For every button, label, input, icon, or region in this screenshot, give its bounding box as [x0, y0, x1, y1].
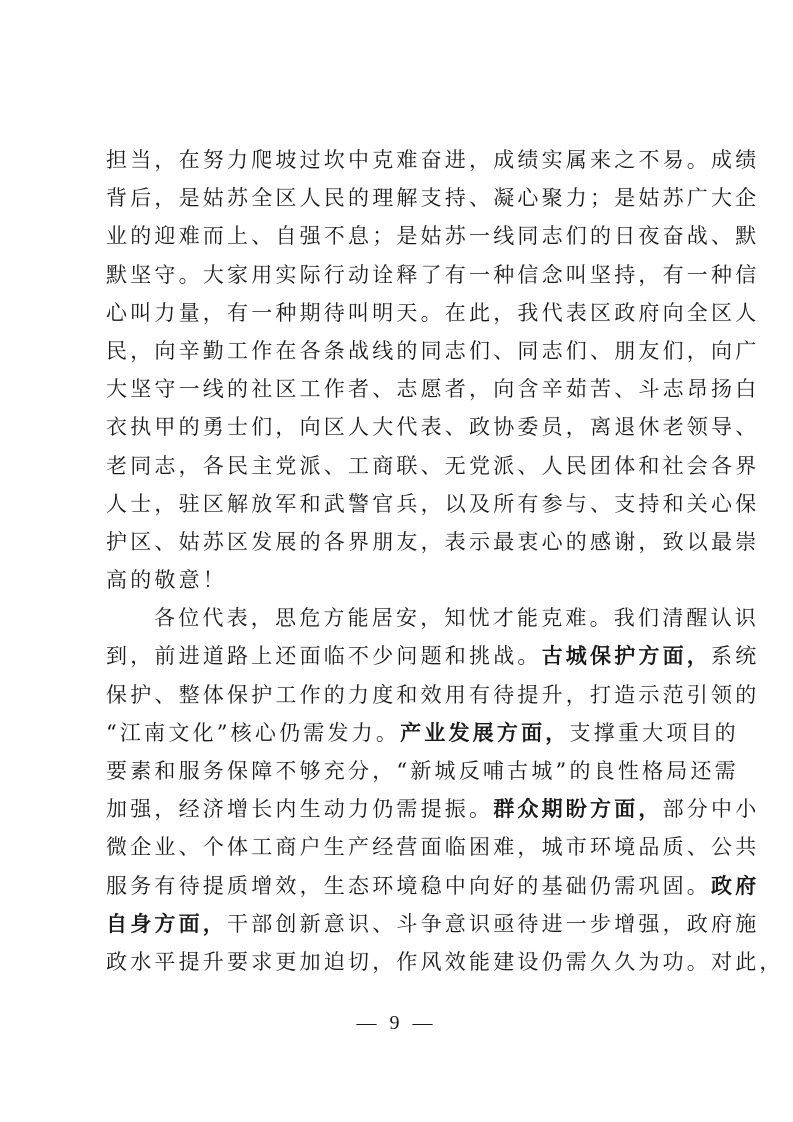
text-segment: 大坚守一线的社区工作者、志愿者，向含辛茹苦、斗志昂扬白	[106, 377, 759, 401]
text-line-19: 微企业、个体工商户生产经营面临困难，城市环境品质、公共	[106, 828, 690, 866]
text-line-12: 高的敬意！	[106, 561, 690, 599]
heading-industry-development: 产业发展方面，	[400, 721, 569, 745]
text-segment: 业的迎难而上、自强不息；是姑苏一线同志们的日夜奋战、默	[106, 224, 759, 248]
text-segment: 民，向辛勤工作在各条战线的同志们、同志们、朋友们，向广	[106, 339, 759, 363]
text-segment: 加强，经济增长内生动力仍需提振。	[106, 797, 493, 821]
heading-government-self-part1: 政府	[711, 874, 759, 898]
text-segment: 支撑重大项目的	[569, 721, 738, 745]
page-number: — 9 —	[0, 1012, 793, 1035]
text-segment: 干部创新意识、斗争意识亟待进一步增强，政府施	[227, 912, 759, 936]
text-segment: 担当，在努力爬坡过坎中克难奋进，成绩实属来之不易。成绩	[106, 148, 759, 172]
text-segment: 人士，驻区解放军和武警官兵，以及所有参与、支持和关心保	[106, 492, 759, 516]
text-line-3: 业的迎难而上、自强不息；是姑苏一线同志们的日夜奋战、默	[106, 217, 690, 255]
text-segment: 护区、姑苏区发展的各界朋友，表示最衷心的感谢，致以最崇	[106, 530, 759, 554]
text-line-1: 担当，在努力爬坡过坎中克难奋进，成绩实属来之不易。成绩	[106, 141, 690, 179]
text-line-21: 自身方面，干部创新意识、斗争意识亟待进一步增强，政府施	[106, 905, 690, 943]
heading-old-city-protection: 古城保护方面，	[542, 644, 711, 668]
text-line-2: 背后，是姑苏全区人民的理解支持、凝心聚力；是姑苏广大企	[106, 179, 690, 217]
heading-public-expectations: 群众期盼方面，	[493, 797, 662, 821]
text-segment: 部分中小	[663, 797, 760, 821]
text-segment: 高的敬意！	[106, 568, 227, 592]
text-line-18: 加强，经济增长内生动力仍需提振。群众期盼方面，部分中小	[106, 790, 690, 828]
text-segment: 微企业、个体工商户生产经营面临困难，城市环境品质、公共	[106, 835, 759, 859]
text-line-10: 人士，驻区解放军和武警官兵，以及所有参与、支持和关心保	[106, 485, 690, 523]
text-line-8: 衣执甲的勇士们，向区人大代表、政协委员，离退休老领导、	[106, 408, 690, 446]
text-segment: 服务有待提质增效，生态环境稳中向好的基础仍需巩固。	[106, 874, 711, 898]
text-line-17: 要素和服务保障不够充分，“新城反哺古城”的良性格局还需	[106, 752, 690, 790]
text-segment: 衣执甲的勇士们，向区人大代表、政协委员，离退休老领导、	[106, 415, 759, 439]
text-line-5: 心叫力量，有一种期待叫明天。在此，我代表区政府向全区人	[106, 294, 690, 332]
text-line-15: 保护、整体保护工作的力度和效用有待提升，打造示范引领的	[106, 676, 690, 714]
text-line-4: 默坚守。大家用实际行动诠释了有一种信念叫坚持，有一种信	[106, 256, 690, 294]
text-line-20: 服务有待提质增效，生态环境稳中向好的基础仍需巩固。政府	[106, 867, 690, 905]
text-segment: 背后，是姑苏全区人民的理解支持、凝心聚力；是姑苏广大企	[106, 186, 759, 210]
text-line-16: “江南文化”核心仍需发力。产业发展方面，支撑重大项目的	[106, 714, 690, 752]
text-line-9: 老同志，各民主党派、工商联、无党派、人民团体和社会各界	[106, 447, 690, 485]
text-segment: 保护、整体保护工作的力度和效用有待提升，打造示范引领的	[106, 683, 759, 707]
text-line-6: 民，向辛勤工作在各条战线的同志们、同志们、朋友们，向广	[106, 332, 690, 370]
text-segment: 默坚守。大家用实际行动诠释了有一种信念叫坚持，有一种信	[106, 263, 759, 287]
heading-government-self-part2: 自身方面，	[106, 912, 227, 936]
text-segment: 政水平提升要求更加迫切，作风效能建设仍需久久为功。对此，	[106, 950, 784, 974]
text-line-14: 到，前进道路上还面临不少问题和挑战。古城保护方面，系统	[106, 637, 690, 675]
text-segment: 系统	[711, 644, 759, 668]
text-line-22: 政水平提升要求更加迫切，作风效能建设仍需久久为功。对此，	[106, 943, 690, 981]
text-segment: 要素和服务保障不够充分，“新城反哺古城”的良性格局还需	[106, 759, 739, 783]
document-page: 担当，在努力爬坡过坎中克难奋进，成绩实属来之不易。成绩 背后，是姑苏全区人民的理…	[0, 0, 793, 1122]
text-segment: 老同志，各民主党派、工商联、无党派、人民团体和社会各界	[106, 454, 759, 478]
text-segment: 心叫力量，有一种期待叫明天。在此，我代表区政府向全区人	[106, 301, 759, 325]
text-segment: “江南文化”核心仍需发力。	[106, 721, 400, 745]
text-line-11: 护区、姑苏区发展的各界朋友，表示最衷心的感谢，致以最崇	[106, 523, 690, 561]
text-line-7: 大坚守一线的社区工作者、志愿者，向含辛茹苦、斗志昂扬白	[106, 370, 690, 408]
text-segment: 各位代表，思危方能居安，知忧才能克难。我们清醒认识	[154, 606, 759, 630]
text-segment: 到，前进道路上还面临不少问题和挑战。	[106, 644, 542, 668]
body-text: 担当，在努力爬坡过坎中克难奋进，成绩实属来之不易。成绩 背后，是姑苏全区人民的理…	[106, 141, 690, 981]
text-line-13: 各位代表，思危方能居安，知忧才能克难。我们清醒认识	[106, 599, 690, 637]
